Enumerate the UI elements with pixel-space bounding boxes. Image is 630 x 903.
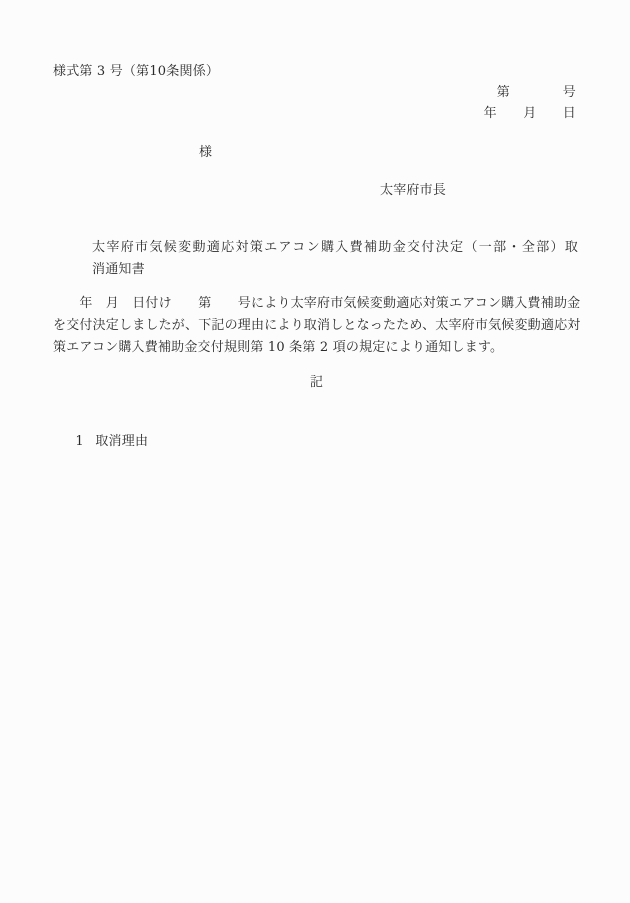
form-number: 様式第 3 号（第10条関係） [53, 63, 219, 81]
body-paragraph-line3: 策エアコン購入費補助金交付規則第 10 条第 2 項の規定により通知します。 [53, 339, 503, 357]
date-blank: 年 月 日 [484, 105, 576, 123]
sender-title: 太宰府市長 [380, 182, 446, 200]
body-paragraph-line1: 年 月 日付け 第 号により太宰府市気候変動適応対策エアコン購入費補助金 [53, 295, 580, 313]
list-item-cancellation-reason: 1取消理由 [58, 415, 148, 469]
item-label: 取消理由 [95, 434, 148, 449]
document-page: 様式第 3 号（第10条関係） 第 号 年 月 日 様 太宰府市長 太宰府市気候… [0, 0, 630, 903]
record-marker: 記 [53, 374, 580, 392]
subject-title-line1: 太宰府市気候変動適応対策エアコン購入費補助金交付決定（一部・全部）取 [92, 239, 579, 257]
document-number-blank: 第 号 [497, 84, 576, 102]
item-number: 1 [75, 433, 95, 451]
body-paragraph-line2: を交付決定しましたが、下記の理由により取消しとなったため、太宰府市気候変動適応対 [53, 317, 580, 335]
subject-title-line2: 消通知書 [92, 261, 145, 279]
addressee-suffix: 様 [199, 144, 212, 162]
